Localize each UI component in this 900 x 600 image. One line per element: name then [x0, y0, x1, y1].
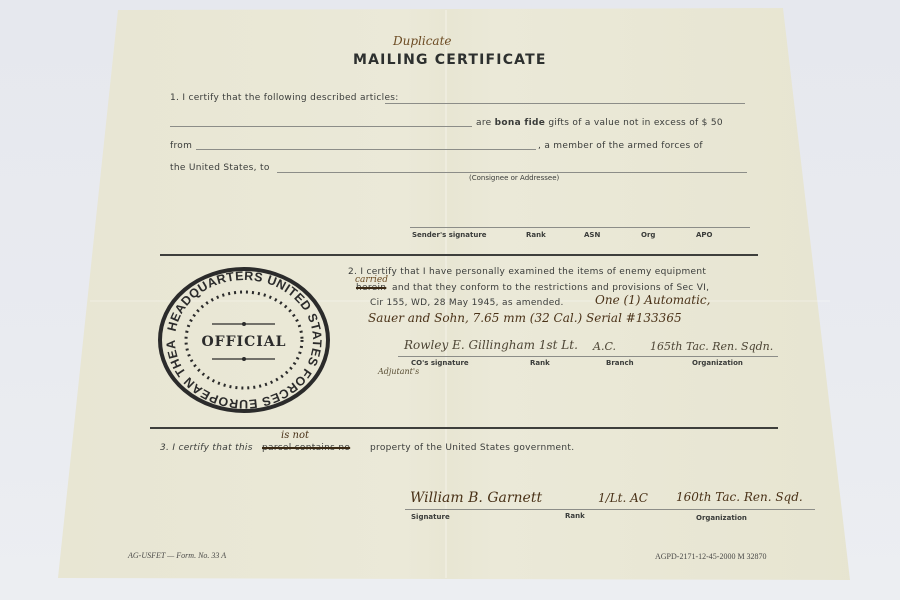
svg-text:OFFICIAL: OFFICIAL — [201, 334, 286, 350]
final-signature: William B. Garnett — [410, 490, 542, 506]
text-value-limit: gifts of a value not in excess of $ 50 — [548, 118, 723, 128]
inserted-is-not: is not — [281, 430, 309, 441]
sender-signature-line — [410, 227, 750, 228]
text-bona-fide: bona fide — [495, 118, 546, 128]
co-branch: A.C. — [593, 340, 616, 353]
document-photo: Duplicate MAILING CERTIFICATE 1. I certi… — [0, 0, 900, 600]
section1-line1: 1. I certify that the following describe… — [170, 93, 399, 103]
section-divider-1 — [160, 254, 758, 256]
handwritten-item-line1: One (1) Automatic, — [595, 293, 710, 307]
articles-blank-line — [385, 103, 745, 104]
print-code: AGPD-2171-12-45-2000 M 32870 — [655, 552, 767, 561]
section2-line1: 2. I certify that I have personally exam… — [348, 267, 706, 277]
adjutant-note: Adjutant's — [378, 367, 419, 376]
official-seal-stamp: HEADQUARTERS UNITED STATES FORCES EUROPE… — [157, 266, 331, 414]
label-co-signature: CO's signature — [411, 359, 469, 367]
section2-line2: and that they conform to the restriction… — [392, 283, 709, 293]
consignee-label: (Consignee or Addressee) — [469, 174, 559, 182]
handwritten-item-line2: Sauer and Sohn, 7.65 mm (32 Cal.) Serial… — [368, 311, 682, 325]
label-rank: Rank — [526, 231, 546, 239]
section1-from: from — [170, 141, 192, 151]
label-final-rank: Rank — [565, 512, 585, 520]
co-signature-line — [398, 356, 778, 357]
section1-to: the United States, to — [170, 163, 270, 173]
section3-post: property of the United States government… — [370, 443, 574, 453]
final-organization: 160th Tac. Ren. Sqd. — [676, 490, 803, 504]
struck-word-herein: herein — [356, 283, 386, 293]
label-co-branch: Branch — [606, 359, 634, 367]
section-divider-2 — [150, 427, 778, 429]
label-org: Org — [641, 231, 655, 239]
text-are: are — [476, 118, 491, 128]
articles-blank-line-2 — [170, 126, 472, 127]
final-signature-line — [405, 509, 815, 510]
duplicate-annotation: Duplicate — [393, 34, 452, 48]
label-apo: APO — [696, 231, 713, 239]
section3-pre: 3. I certify that this — [160, 443, 253, 453]
co-signature: Rowley E. Gillingham 1st Lt. — [404, 338, 578, 352]
section1-member: , a member of the armed forces of — [538, 141, 703, 151]
form-number: AG-USFET — Form. No. 33 A — [128, 551, 226, 560]
section2-line3: Cir 155, WD, 28 May 1945, as amended. — [370, 298, 564, 308]
label-co-rank: Rank — [530, 359, 550, 367]
label-co-organization: Organization — [692, 359, 743, 367]
label-final-signature: Signature — [411, 513, 450, 521]
label-asn: ASN — [584, 231, 600, 239]
section1-line2: are bona fide gifts of a value not in ex… — [476, 118, 723, 128]
consignee-blank-line — [277, 172, 747, 173]
struck-parcel-contains-no: parcel contains no — [262, 443, 350, 453]
page-title: MAILING CERTIFICATE — [353, 52, 547, 68]
from-blank-line — [196, 149, 536, 150]
final-rank: 1/Lt. AC — [598, 491, 648, 505]
label-final-organization: Organization — [696, 514, 747, 522]
label-sender-signature: Sender's signature — [412, 231, 487, 239]
co-organization: 165th Tac. Ren. Sqdn. — [650, 340, 773, 353]
